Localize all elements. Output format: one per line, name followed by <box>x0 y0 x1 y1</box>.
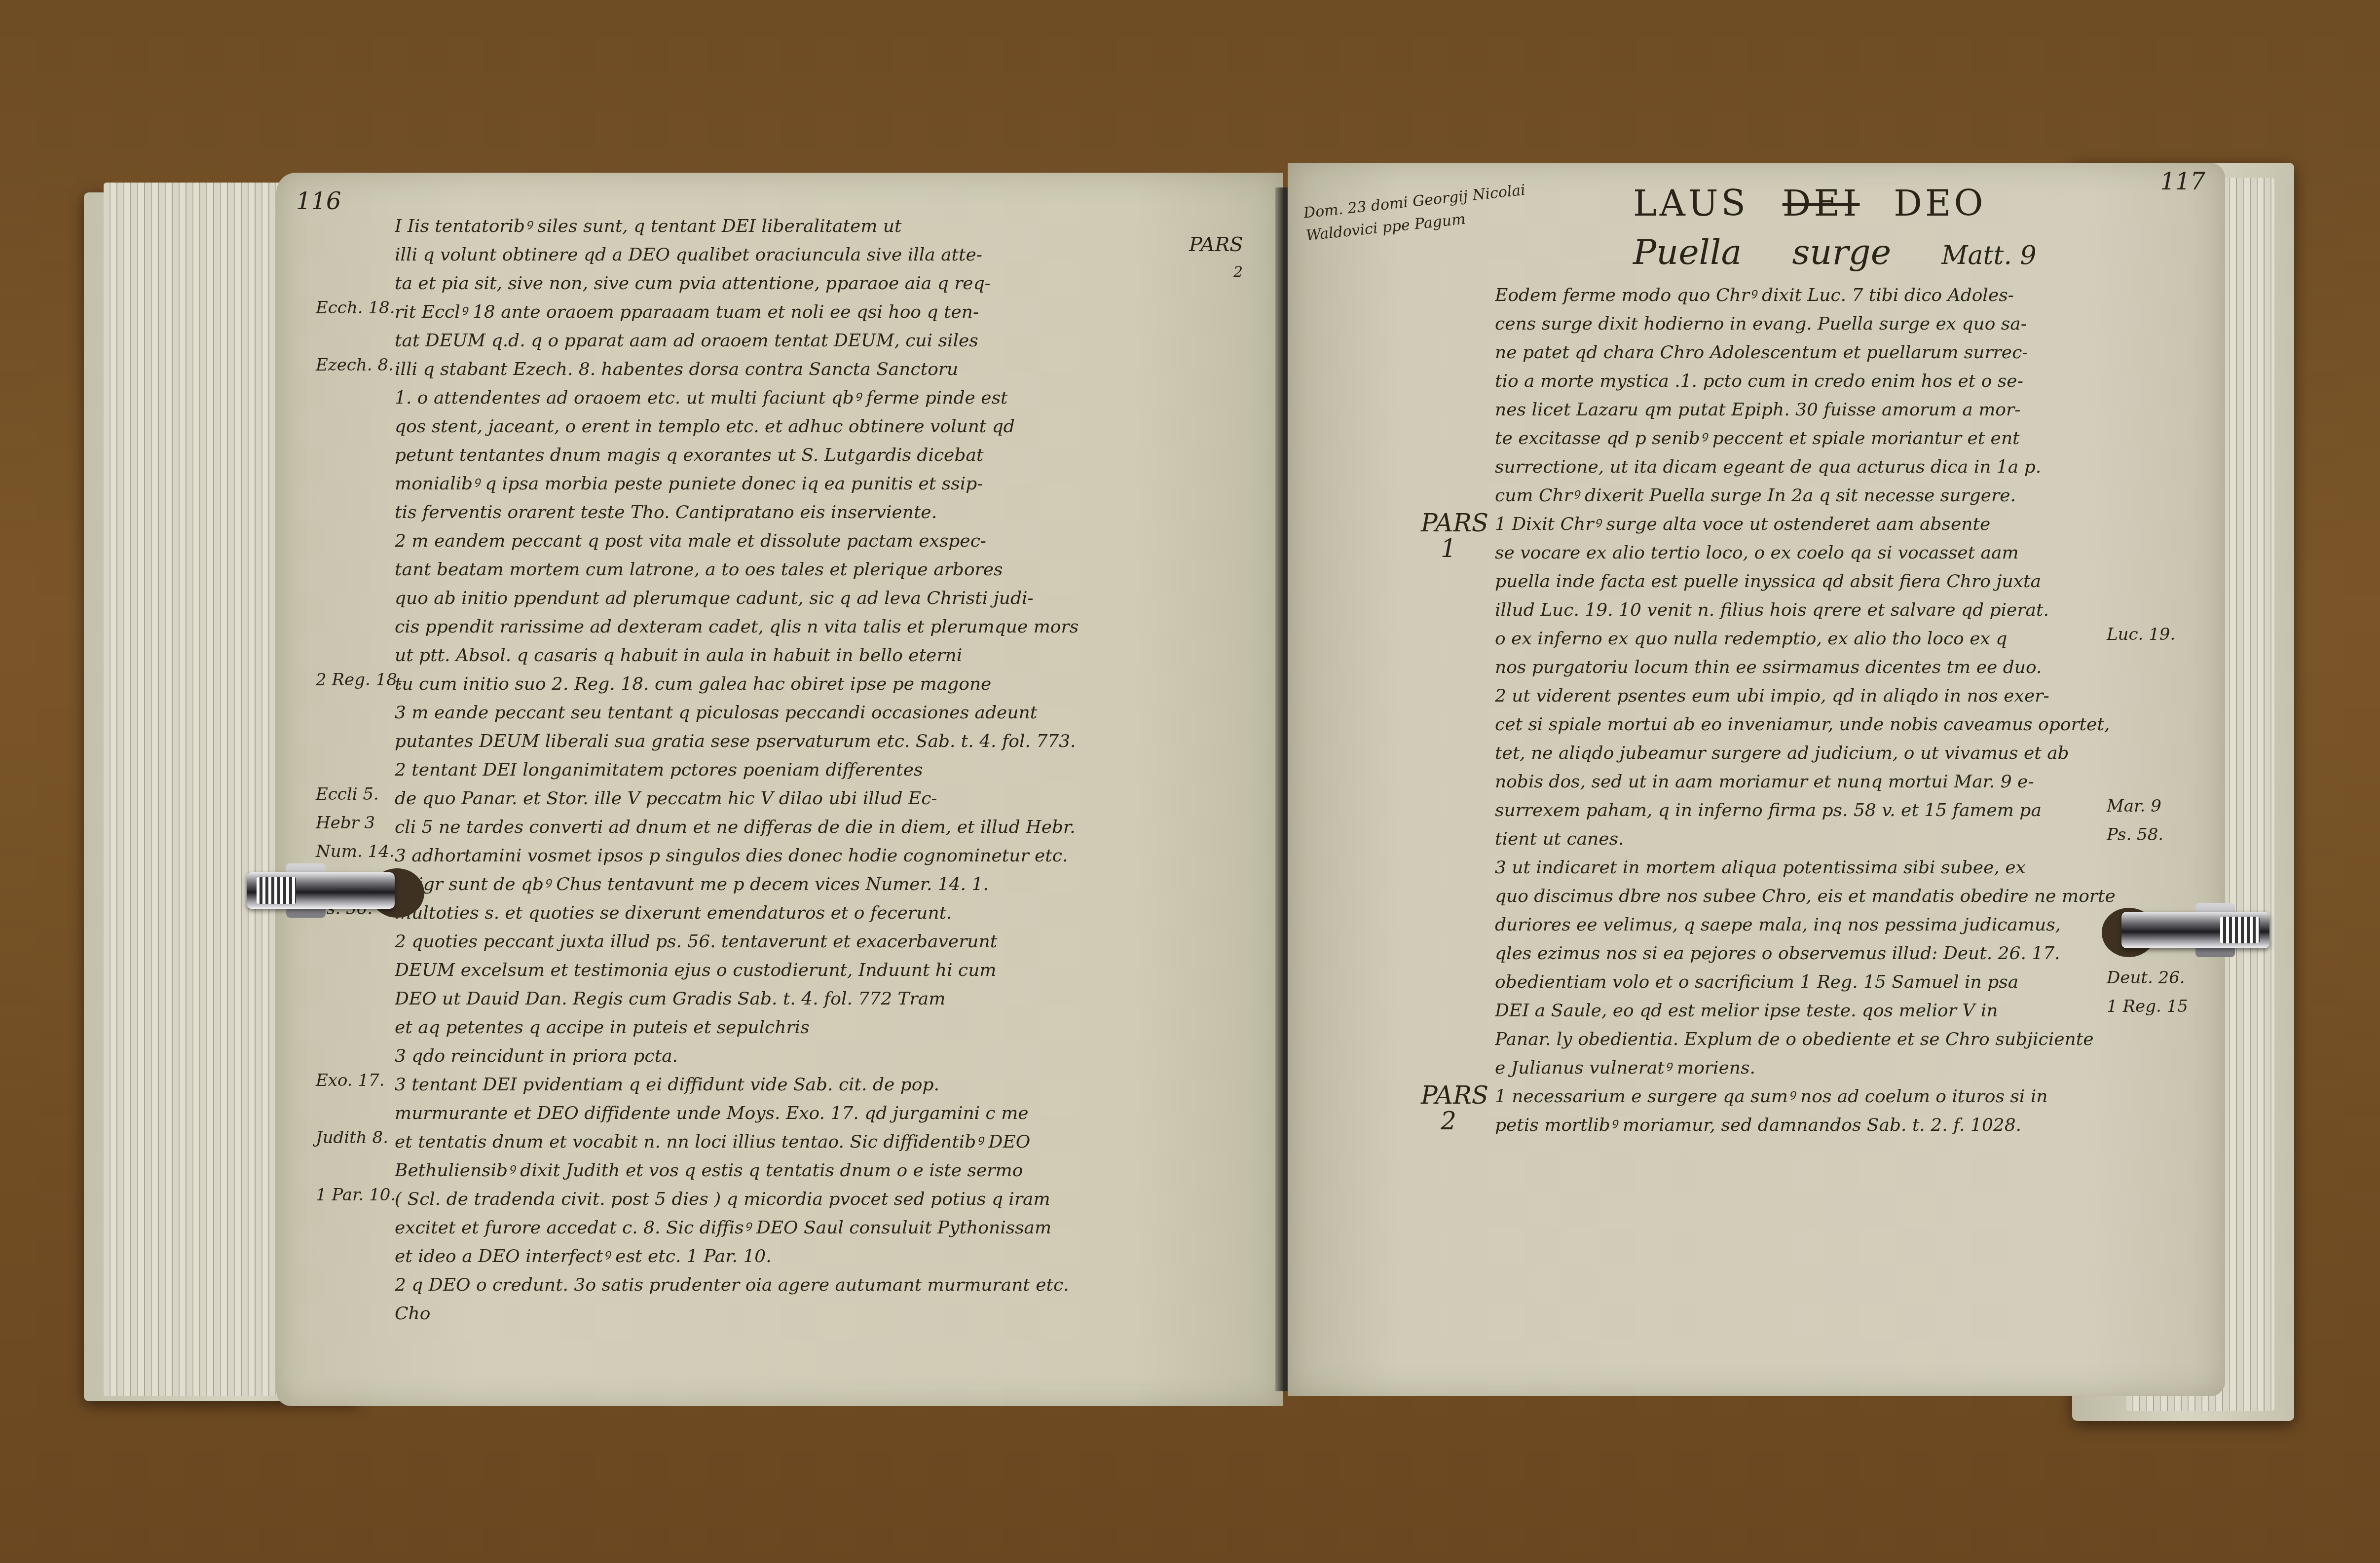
manuscript-line: nos purgatoriu locum thin ee ssirmamus d… <box>1495 653 2176 682</box>
manuscript-line: qles ezimus nos si ea pejores o observem… <box>1495 939 2176 968</box>
manuscript-line: petis mortlibꝰ moriamur, sed damnandos S… <box>1495 1111 2176 1140</box>
manuscript-line: 1 necessarium e surgere qa sumꝰ nos ad c… <box>1495 1082 2176 1111</box>
manuscript-line: 2 ut viderent psentes eum ubi impio, qd … <box>1495 682 2176 710</box>
margin-reference: Num. 14. <box>316 842 395 861</box>
clip-grip-icon <box>257 877 296 904</box>
manuscript-line: duriores ee velimus, q saepe mala, inq n… <box>1495 911 2176 939</box>
manuscript-line: Panar. ly obedientia. Explum de o obedie… <box>1495 1025 2176 1054</box>
manuscript-line: DEO ut Dauid Dan. Regis cum Gradis Sab. … <box>395 985 1204 1013</box>
manuscript-line: surrectione, ut ita dicam egeant de qua … <box>1495 453 2176 482</box>
manuscript-line: murmurante et DEO diffidente unde Moys. … <box>395 1099 1204 1128</box>
margin-reference: Hebr 3 <box>316 813 375 833</box>
manuscript-line: 3 adhortamini vosmet ipsos p singulos di… <box>395 842 1204 870</box>
manuscript-line: tet, ne aliqdo jubeamur surgere ad judic… <box>1495 739 2176 768</box>
right-page: 117 Dom. 23 domi Georgij Nicolai Waldovi… <box>1288 163 2225 1396</box>
manuscript-line: tat DEUM q.d. q o pparat aam ad oraoem t… <box>395 327 1204 355</box>
manuscript-line: putantes DEUM liberali sua gratia sese p… <box>395 727 1204 756</box>
manuscript-line: nobis dos, sed ut in aam moriamur et nun… <box>1495 768 2176 796</box>
manuscript-line: et aq petentes q accipe in puteis et sep… <box>395 1013 1204 1042</box>
manuscript-line: 1. o attendentes ad oraoem etc. ut multi… <box>395 384 1204 412</box>
margin-reference: 2 Reg. 18. <box>316 670 403 690</box>
manuscript-line: cli 5 ne tardes converti ad dnum et ne d… <box>395 813 1204 842</box>
margin-reference: Exo. 17. <box>316 1071 385 1090</box>
margin-reference: Ecch. 18. <box>316 298 395 318</box>
pars-number: 1 <box>1441 534 1456 563</box>
margin-reference: Judith 8. <box>316 1128 388 1148</box>
manuscript-line: petunt tentantes dnum magis q exorantes … <box>395 441 1204 470</box>
pars-word: PARS <box>1421 509 1488 537</box>
pars-label: PARS1 <box>1421 510 1488 561</box>
manuscript-line: tio a morte mystica .1. pcto cum in cred… <box>1495 367 2176 396</box>
manuscript-line: ne patet qd chara Chro Adolescentum et p… <box>1495 338 2176 367</box>
manuscript-line: I Iis tentatoribꝰ siles sunt, q tentant … <box>395 212 1204 241</box>
manuscript-line: Cho <box>395 1300 1204 1328</box>
clip-grip-icon <box>2220 917 2260 943</box>
manuscript-line: ( Scl. de tradenda civit. post 5 dies ) … <box>395 1185 1204 1214</box>
manuscript-line: 3 ut indicaret in mortem aliqua potentis… <box>1495 854 2176 882</box>
margin-reference: Eccli 5. <box>316 784 379 804</box>
manuscript-line: tu cum initio suo 2. Reg. 18. cum galea … <box>395 670 1204 699</box>
manuscript-line: tant beatam mortem cum latrone, a to oes… <box>395 556 1204 584</box>
manuscript-line: 2 q DEO o credunt. 3o satis prudenter oi… <box>395 1271 1204 1300</box>
manuscript-line: nes licet Lazaru qm putat Epiph. 30 fuis… <box>1495 396 2176 424</box>
folio-number: 116 <box>296 187 341 215</box>
pars-label: PARS2 <box>1421 1082 1488 1134</box>
margin-reference: 1 Par. 10. <box>316 1185 396 1205</box>
manuscript-line: rit Ecclꝰ 18 ante oraoem pparaaam tuam e… <box>395 298 1204 327</box>
manuscript-line: DEI a Saule, eo qd est melior ipse teste… <box>1495 997 2176 1025</box>
manuscript-line: hi igr sunt de qbꝰ Chus tentavunt me p d… <box>395 870 1204 899</box>
margin-reference: Ezech. 8. <box>316 355 394 375</box>
manuscript-line: 2 quoties peccant juxta illud ps. 56. te… <box>395 928 1204 956</box>
manuscript-line: illud Luc. 19. 10 venit n. filius hois q… <box>1495 596 2176 625</box>
manuscript-line: Bethuliensibꝰ dixit Judith et vos q esti… <box>395 1156 1204 1185</box>
manuscript-line: quo ab initio ppendunt ad plerumque cadu… <box>395 584 1204 613</box>
manuscript-line: cens surge dixit hodierno in evang. Puel… <box>1495 310 2176 338</box>
manuscript-line: excitet et furore accedat c. 8. Sic diff… <box>395 1214 1204 1242</box>
manuscript-line: e Julianus vulneratꝰ moriens. <box>1495 1054 2176 1082</box>
pars-word: PARS <box>1421 1081 1488 1110</box>
manuscript-line: multoties s. et quoties se dixerunt emen… <box>395 899 1204 928</box>
manuscript-line: 3 m eande peccant seu tentant q piculosa… <box>395 699 1204 727</box>
manuscript-line: cum Chrꝰ dixerit Puella surge In 2a q si… <box>1495 482 2176 510</box>
manuscript-line: quo discimus dbre nos subee Chro, eis et… <box>1495 882 2176 911</box>
manuscript-line: 3 tentant DEI pvidentiam q ei diffidunt … <box>395 1071 1204 1099</box>
manuscript-line: obedientiam volo et o sacrificium 1 Reg.… <box>1495 968 2176 997</box>
pars-number: 2 <box>1441 1107 1456 1135</box>
manuscript-line: surrexem paham, q in inferno firma ps. 5… <box>1495 796 2176 825</box>
manuscript-line: tient ut canes. <box>1495 825 2176 854</box>
manuscript-line: cis ppendit rarissime ad dexteram cadet,… <box>395 613 1204 641</box>
manuscript-line: tis ferventis orarent teste Tho. Cantipr… <box>395 498 1204 527</box>
manuscript-text: Eodem ferme modo quo Chrꝰ dixit Luc. 7 t… <box>1495 281 2176 1140</box>
manuscript-text: I Iis tentatoribꝰ siles sunt, q tentant … <box>395 212 1204 1328</box>
manuscript-line: et ideo a DEO interfectꝰ est etc. 1 Par.… <box>395 1242 1204 1271</box>
manuscript-line: ut ptt. Absol. q casaris q habuit in aul… <box>395 641 1204 670</box>
manuscript-line: 2 m eandem peccant q post vita male et d… <box>395 527 1204 556</box>
manuscript-line: DEUM excelsum et testimonia ejus o custo… <box>395 956 1204 985</box>
open-manuscript-book: 116 PARS 2 Ecch. 18.Ezech. 8.2 Reg. 18.E… <box>84 163 2294 1426</box>
left-page-edges <box>104 183 291 1396</box>
manuscript-line: qos stent, jaceant, o erent in templo et… <box>395 412 1204 441</box>
pars-number: 2 <box>1233 263 1243 281</box>
manuscript-line: se vocare ex alio tertio loco, o ex coel… <box>1495 539 2176 567</box>
manuscript-line: et tentatis dnum et vocabit n. nn loci i… <box>395 1128 1204 1156</box>
manuscript-line: 3 qdo reincidunt in priora pcta. <box>395 1042 1204 1071</box>
left-page: 116 PARS 2 Ecch. 18.Ezech. 8.2 Reg. 18.E… <box>276 173 1283 1406</box>
manuscript-line: puella inde facta est puelle inyssica qd… <box>1495 567 2176 596</box>
book-clip-right <box>2121 903 2279 957</box>
manuscript-line: ta et pia sit, sive non, sive cum pvia a… <box>395 269 1204 298</box>
manuscript-line: monialibꝰ q ipsa morbia peste puniete do… <box>395 470 1204 498</box>
manuscript-line: Eodem ferme modo quo Chrꝰ dixit Luc. 7 t… <box>1495 281 2176 310</box>
manuscript-line: de quo Panar. et Stor. ille V peccatm hi… <box>395 784 1204 813</box>
manuscript-line: 1 Dixit Chrꝰ surge alta voce ut ostender… <box>1495 510 2176 539</box>
manuscript-line: 2 tentant DEI longanimitatem pctores poe… <box>395 756 1204 784</box>
manuscript-line: illi q volunt obtinere qd a DEO qualibet… <box>395 241 1204 269</box>
manuscript-line: cet si spiale mortui ab eo inveniamur, u… <box>1495 710 2176 739</box>
manuscript-line: o ex inferno ex quo nulla redemptio, ex … <box>1495 625 2176 653</box>
manuscript-line: illi q stabant Ezech. 8. habentes dorsa … <box>395 355 1204 384</box>
book-clip-left <box>247 863 405 918</box>
manuscript-line: te excitasse qd p senibꝰ peccent et spia… <box>1495 424 2176 453</box>
